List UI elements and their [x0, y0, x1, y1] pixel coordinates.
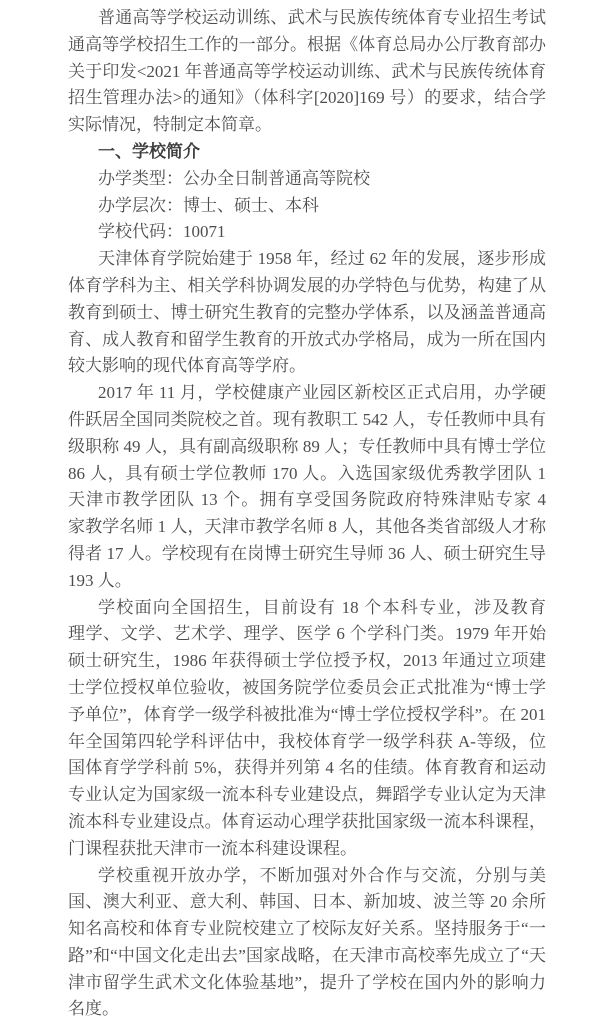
text-line: 年全国第四轮学科评估中，我校体育学一级学科获 A-等级，位列全 — [68, 729, 546, 756]
text-line: 天津体育学院始建于 1958 年，经过 62 年的发展，逐步形成了以 — [68, 246, 546, 273]
section-heading: 一、学校简介 — [68, 139, 546, 166]
text-line: 实际情况，特制定本简章。 — [68, 112, 546, 139]
paragraph: 2017 年 11 月，学校健康产业园区新校区正式启用，办学硬件条件跃居全国同类… — [68, 380, 546, 594]
paragraph: 学校代码：10071 — [68, 219, 546, 246]
text-line: 学校重视开放办学，不断加强对外合作与交流，分别与美国、英 — [68, 863, 546, 890]
text-line: 学校代码：10071 — [68, 219, 546, 246]
text-line: 通高等学校招生工作的一部分。根据《体育总局办公厅教育部办公厅 — [68, 32, 546, 59]
text-line: 一、学校简介 — [68, 139, 546, 166]
text-line: 天津市教学团队 13 个。拥有享受国务院政府特殊津贴专家 4 人，国 — [68, 487, 546, 514]
text-line: 育、成人教育和留学生教育的开放式办学格局，成为一所在国内外有 — [68, 327, 546, 354]
text-line: 招生管理办法>的通知》（体科字[2020]169 号）的要求，结合学校 — [68, 85, 546, 112]
paragraph: 学校面向全国招生，目前设有 18 个本科专业，涉及教育学、管理学、文学、艺术学、… — [68, 595, 546, 863]
text-line: 较大影响的现代体育高等学府。 — [68, 353, 546, 380]
text-line: 名度。 — [68, 996, 546, 1023]
paragraph: 天津体育学院始建于 1958 年，经过 62 年的发展，逐步形成了以体育学科为主… — [68, 246, 546, 380]
paragraph: 办学层次：博士、硕士、本科 — [68, 193, 546, 220]
text-line: 学校面向全国招生，目前设有 18 个本科专业，涉及教育学、管 — [68, 595, 546, 622]
text-line: 体育学科为主、相关学科协调发展的办学特色与优势，构建了从本科 — [68, 273, 546, 300]
text-line: 国体育学学科前 5%，获得并列第 4 名的佳绩。体育教育和运动训练 — [68, 755, 546, 782]
text-line: 办学类型：公办全日制普通高等院校 — [68, 166, 546, 193]
text-line: 予单位”，体育学一级学科被批准为“博士学位授权学科”。在 2017 — [68, 702, 546, 729]
text-line: 得者 17 人。学校现有在岗博士研究生导师 36 人、硕士研究生导师 — [68, 541, 546, 568]
text-line: 门课程获批天津市一流本科建设课程。 — [68, 836, 546, 863]
text-line: 专业认定为国家级一流本科专业建设点，舞蹈学专业认定为天津市一 — [68, 782, 546, 809]
paragraph: 普通高等学校运动训练、武术与民族传统体育专业招生考试是普通高等学校招生工作的一部… — [68, 5, 546, 139]
text-line: 路”和“中国文化走出去”国家战略，在天津市高校率先成立了“天 — [68, 943, 546, 970]
text-line: 国、澳大利亚、意大利、韩国、日本、新加坡、波兰等 20 余所国外 — [68, 889, 546, 916]
text-line: 级职称 49 人，具有副高级职称 89 人；专任教师中具有博士学位的 — [68, 434, 546, 461]
text-line: 津市留学生武术文化体验基地”，提升了学校在国内外的影响力和知 — [68, 970, 546, 997]
text-line: 2017 年 11 月，学校健康产业园区新校区正式启用，办学硬件条 — [68, 380, 546, 407]
paragraph: 学校重视开放办学，不断加强对外合作与交流，分别与美国、英国、澳大利亚、意大利、韩… — [68, 863, 546, 1024]
text-line: 193 人。 — [68, 568, 546, 595]
paragraph: 办学类型：公办全日制普通高等院校 — [68, 166, 546, 193]
text-line: 知名高校和体育专业院校建立了校际友好关系。坚持服务于“一带一 — [68, 916, 546, 943]
document-page: 普通高等学校运动训练、武术与民族传统体育专业招生考试是普通高等学校招生工作的一部… — [0, 0, 603, 1024]
text-line: 办学层次：博士、硕士、本科 — [68, 193, 546, 220]
text-line: 件跃居全国同类院校之首。现有教职工 542 人，专任教师中具有正高 — [68, 407, 546, 434]
text-line: 关于印发<2021 年普通高等学校运动训练、武术与民族传统体育专业 — [68, 59, 546, 86]
text-line: 家教学名师 1 人，天津市教学名师 8 人，其他各类省部级人才称号获 — [68, 514, 546, 541]
text-line: 硕士研究生，1986 年获得硕士学位授予权，2013 年通过立项建设博 — [68, 648, 546, 675]
document-body: 普通高等学校运动训练、武术与民族传统体育专业招生考试是普通高等学校招生工作的一部… — [68, 5, 546, 1023]
text-line: 理学、文学、艺术学、理学、医学 6 个学科门类。1979 年开始招收 — [68, 621, 546, 648]
text-line: 流本科专业建设点。体育运动心理学获批国家级一流本科课程，15 — [68, 809, 546, 836]
text-line: 士学位授权单位验收，被国务院学位委员会正式批准为“博士学位授 — [68, 675, 546, 702]
text-line: 普通高等学校运动训练、武术与民族传统体育专业招生考试是普 — [68, 5, 546, 32]
text-line: 教育到硕士、博士研究生教育的完整办学体系，以及涵盖普通高等教 — [68, 300, 546, 327]
text-line: 86 人，具有硕士学位教师 170 人。入选国家级优秀教学团队 1 个， — [68, 461, 546, 488]
